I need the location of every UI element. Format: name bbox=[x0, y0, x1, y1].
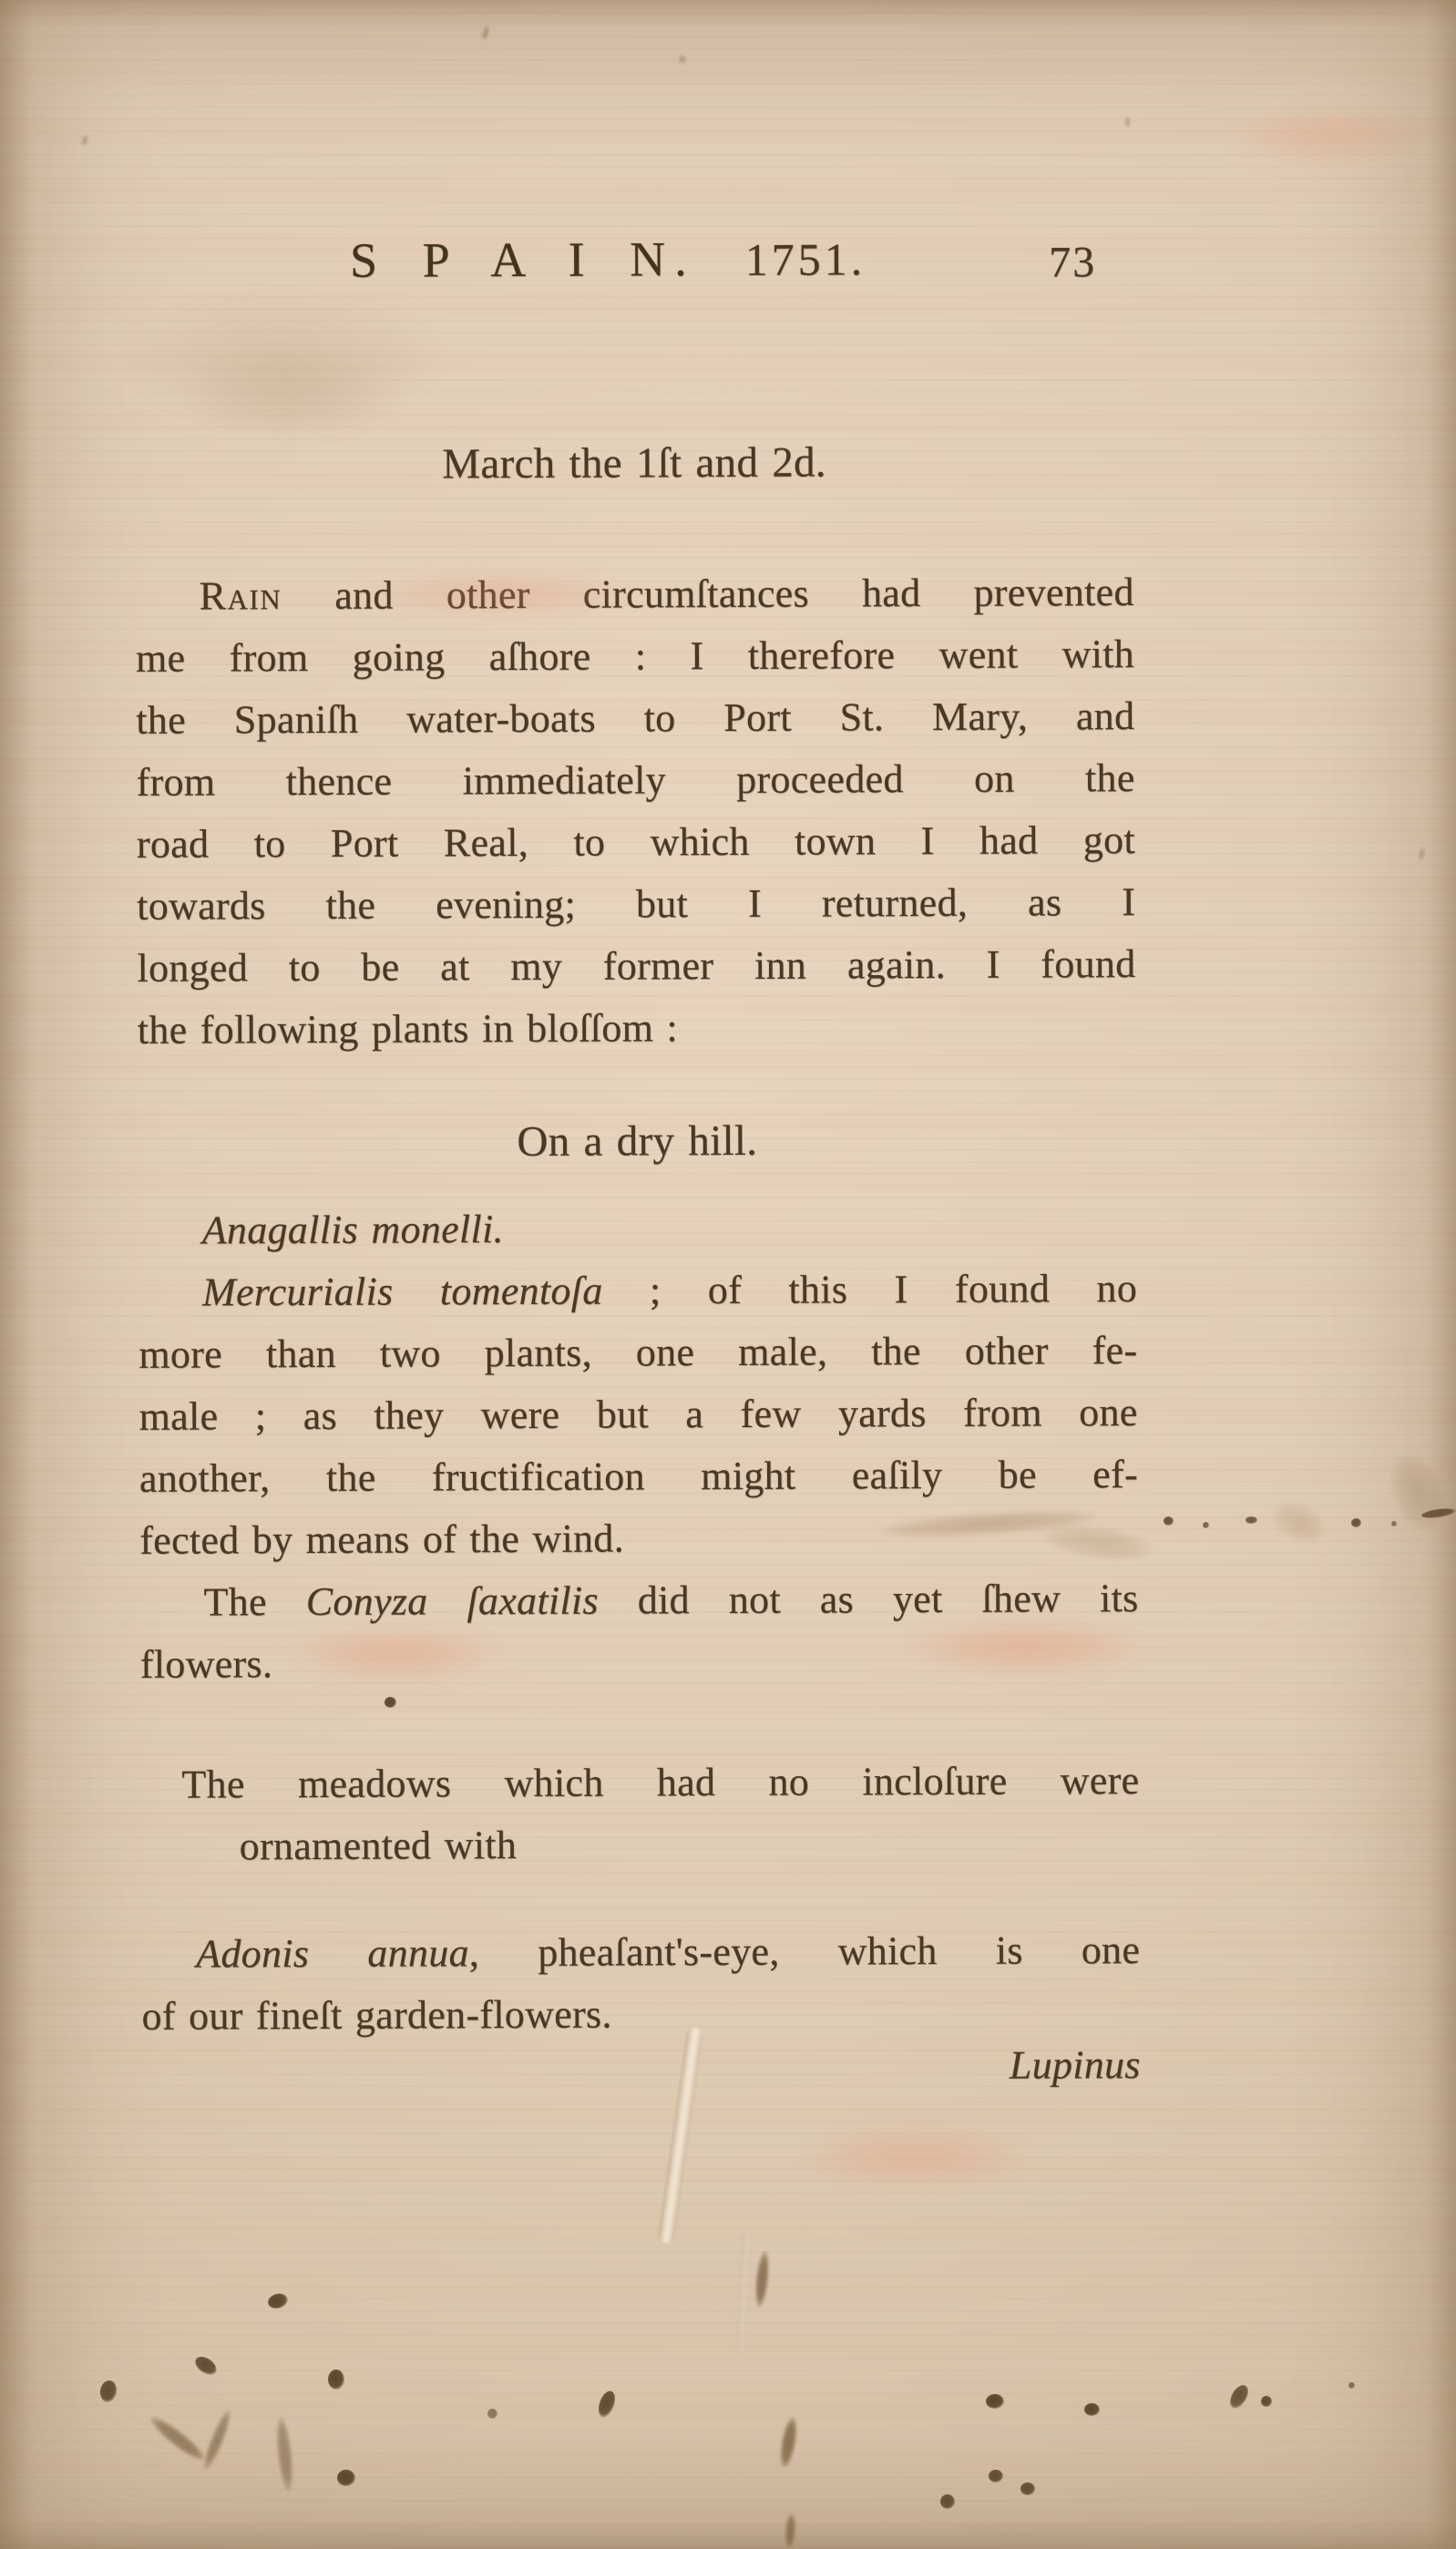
text-segment: the Spaniſh water-boats to Port St. Mary… bbox=[136, 694, 1134, 743]
text-segment: ornamented with bbox=[240, 1823, 518, 1868]
text-line: Adonis annua, pheaſant's-eye, which is o… bbox=[141, 1919, 1140, 1986]
text-segment: me from going aſhore : I therefore went … bbox=[136, 632, 1134, 681]
paragraph: Rain and other circumſtances had prevent… bbox=[136, 561, 1136, 1062]
text-line: road to Port Real, to which town I had g… bbox=[137, 809, 1135, 876]
text-segment: The meadows which had no incloſure were bbox=[181, 1758, 1139, 1807]
page-number: 73 bbox=[1049, 233, 1096, 292]
paragraph: Mercurialis tomentoſa ; of this I found … bbox=[138, 1258, 1138, 1572]
text-segment: from thence immediately proceeded on the bbox=[137, 755, 1135, 805]
text-line: the following plants in bloſſom : bbox=[138, 995, 1136, 1062]
text-segment: flowers. bbox=[140, 1641, 273, 1687]
text-line: Anagallis monelli. bbox=[138, 1196, 1137, 1262]
book-page-scan: S P A I N.1751. 73 March the 1ſt and 2d.… bbox=[0, 0, 1456, 2549]
text-segment: male ; as they were but a few yards from… bbox=[139, 1390, 1138, 1439]
paragraph: The meadows which had no incloſure wereo… bbox=[140, 1750, 1140, 1878]
text-line: male ; as they were but a few yards from… bbox=[139, 1382, 1138, 1448]
text-segment: another, the fructification might eaſily… bbox=[139, 1452, 1138, 1501]
text-segment: and other circumſtances had prevented bbox=[282, 570, 1134, 618]
catchword: Lupinus bbox=[142, 2034, 1183, 2101]
section-heading: On a dry hill. bbox=[138, 1108, 1149, 1175]
running-head: S P A I N.1751. bbox=[134, 228, 1133, 294]
paragraph: Anagallis monelli. bbox=[138, 1196, 1137, 1262]
running-title: S P A I N. bbox=[350, 231, 696, 288]
text-segment: Anagallis monelli. bbox=[202, 1207, 504, 1252]
paragraph: Adonis annua, pheaſant's-eye, which is o… bbox=[141, 1919, 1141, 2048]
text-segment: longed to be at my former inn again. I f… bbox=[137, 941, 1135, 991]
text-line: the Spaniſh water-boats to Port St. Mary… bbox=[136, 685, 1134, 752]
text-line: fected by means of the wind. bbox=[139, 1506, 1138, 1572]
text-segment: towards the evening; but I returned, as … bbox=[137, 879, 1135, 929]
text-segment: , pheaſant's-eye, which is one bbox=[469, 1927, 1141, 1975]
running-head-year: 1751. bbox=[745, 233, 866, 285]
text-line: Mercurialis tomentoſa ; of this I found … bbox=[138, 1258, 1137, 1324]
text-line: from thence immediately proceeded on the bbox=[136, 747, 1134, 814]
text-line: ornamented with bbox=[141, 1812, 1140, 1878]
date-heading: March the 1ſt and 2d. bbox=[135, 430, 1166, 497]
text-line: Rain and other circumſtances had prevent… bbox=[136, 561, 1134, 628]
text-line: The Conyza ſaxatilis did not as yet ſhew… bbox=[139, 1567, 1138, 1634]
text-line: more than two plants, one male, the othe… bbox=[138, 1320, 1137, 1386]
text-segment: The bbox=[203, 1579, 305, 1624]
printed-text-layer: S P A I N.1751. 73 March the 1ſt and 2d.… bbox=[0, 0, 1456, 2549]
text-line: longed to be at my former inn again. I f… bbox=[137, 933, 1135, 1000]
text-line: me from going aſhore : I therefore went … bbox=[136, 623, 1134, 690]
text-line: The meadows which had no incloſure were bbox=[140, 1750, 1139, 1816]
text-line: towards the evening; but I returned, as … bbox=[137, 871, 1135, 938]
text-line: another, the fructification might eaſily… bbox=[139, 1444, 1138, 1510]
text-segment: the following plants in bloſſom : bbox=[138, 1005, 678, 1053]
text-segment: fected by means of the wind. bbox=[139, 1516, 624, 1563]
text-segment: ; of this I found no bbox=[602, 1266, 1137, 1313]
text-segment: more than two plants, one male, the othe… bbox=[138, 1328, 1137, 1377]
text-segment: road to Port Real, to which town I had g… bbox=[137, 817, 1135, 867]
text-line: flowers. bbox=[140, 1629, 1139, 1696]
text-segment: did not as yet ſhew its bbox=[599, 1576, 1139, 1623]
text-segment: of our fineſt garden-flowers. bbox=[141, 1992, 611, 2039]
text-segment: Adonis annua bbox=[196, 1930, 469, 1976]
text-segment: Conyza ſaxatilis bbox=[306, 1578, 599, 1624]
page-header: S P A I N.1751. 73 bbox=[134, 228, 1133, 294]
text-segment: Rain bbox=[200, 573, 282, 618]
paragraph: The Conyza ſaxatilis did not as yet ſhew… bbox=[139, 1567, 1139, 1696]
text-segment: Mercurialis tomentoſa bbox=[202, 1269, 603, 1315]
